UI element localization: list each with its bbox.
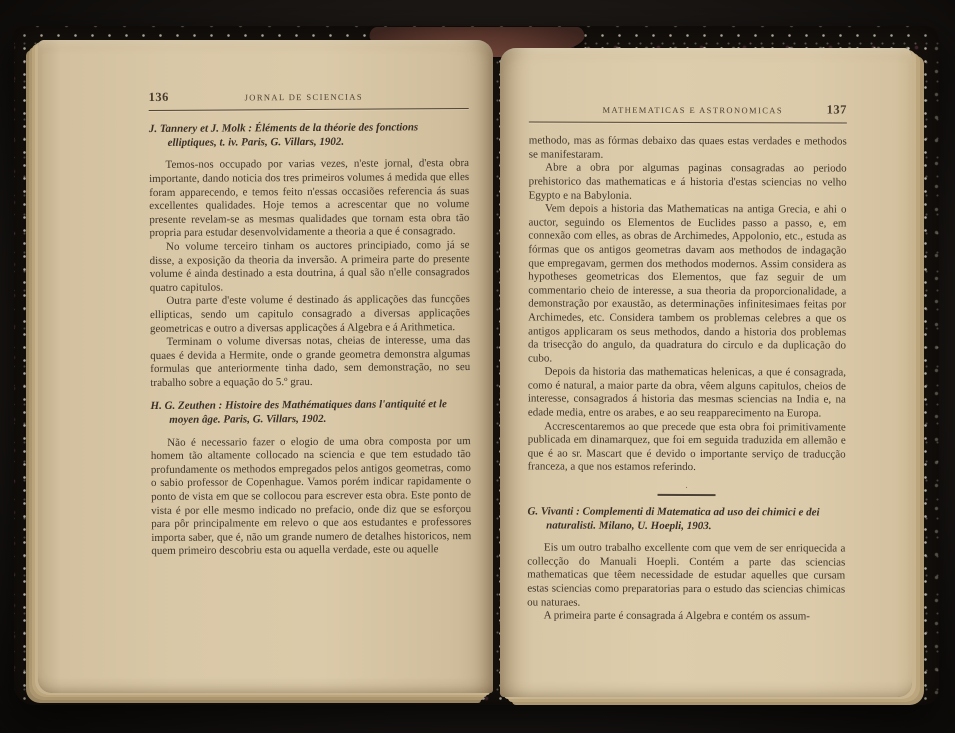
left-page-header: 136 JORNAL DE SCIENCIAS — [149, 89, 469, 106]
body-paragraph: Vem depois a historia das Mathematicas n… — [528, 203, 847, 367]
right-page: MATHEMATICAS E ASTRONOMICAS 137 methodo,… — [500, 48, 912, 697]
right-running-title: MATHEMATICAS E ASTRONOMICAS — [559, 104, 827, 119]
left-page-textblock: 136 JORNAL DE SCIENCIAS J. Tannery et J.… — [149, 89, 472, 559]
body-paragraph: Não é necessario fazer o elogio de uma o… — [151, 435, 472, 559]
left-page: 136 JORNAL DE SCIENCIAS J. Tannery et J.… — [38, 40, 493, 693]
body-paragraph: A primeira parte é consagrada á Algebra … — [527, 610, 845, 625]
body-paragraph: Outra parte d'este volume é destinado ás… — [150, 293, 470, 336]
entry-heading-zeuthen: H. G. Zeuthen : Histoire des Mathématiqu… — [150, 398, 470, 427]
body-paragraph: Accrescentaremos ao que precede que esta… — [528, 420, 846, 475]
body-paragraph: Abre a obra por algumas paginas consagra… — [529, 162, 847, 204]
body-paragraph: Depois da historia das mathematicas hele… — [528, 366, 846, 421]
right-page-textblock: MATHEMATICAS E ASTRONOMICAS 137 methodo,… — [527, 102, 847, 624]
body-paragraph: Eis um outro trabalho excellente com que… — [527, 542, 845, 611]
left-running-title: JORNAL DE SCIENCIAS — [169, 90, 439, 105]
left-header-rule — [149, 108, 469, 112]
right-page-header: MATHEMATICAS E ASTRONOMICAS 137 — [529, 102, 847, 118]
right-header-rule — [529, 121, 847, 124]
body-paragraph: Terminam o volume diversas notas, cheias… — [150, 334, 470, 390]
body-paragraph: No volume terceiro tinham os auctores pr… — [149, 239, 469, 295]
book-cover-marbled: 136 JORNAL DE SCIENCIAS J. Tannery et J.… — [14, 26, 939, 705]
photo-background: 136 JORNAL DE SCIENCIAS J. Tannery et J.… — [0, 0, 955, 733]
divider-ornament-mark: · — [658, 485, 716, 491]
entry-heading-vivanti: G. Vivanti : Complementi di Matematica a… — [527, 505, 845, 533]
entry-heading-tannery-molk: J. Tannery et J. Molk : Éléments de la t… — [149, 121, 469, 150]
body-paragraph: Temos-nos occupado por varias vezes, n'e… — [149, 157, 469, 241]
left-page-number: 136 — [149, 91, 169, 105]
section-divider-rule — [658, 494, 716, 496]
section-divider: · — [658, 485, 716, 496]
right-page-number: 137 — [827, 103, 847, 117]
body-paragraph: methodo, mas as fórmas debaixo das quaes… — [529, 135, 847, 163]
